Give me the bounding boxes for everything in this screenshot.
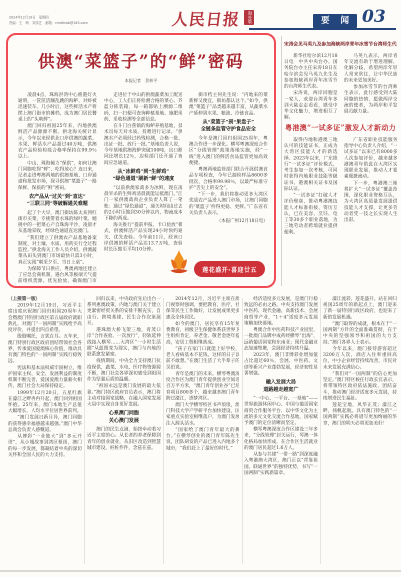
page-number: 03 (362, 7, 386, 27)
editor-line: 责编：王 萌 刘乐艺 邮箱：rmrbhwb@163.com (9, 20, 134, 25)
paragraph: 宋涛说，两岸同胞是一家人，欢迎台湾青年多到大陆走走看看，感受中华文化魅力，增进相… (284, 90, 338, 120)
paragraph: 2023年，澳门非博彩业增加值占比超过60％，会展、中医药、文创等新兴产业蓬勃发… (244, 352, 318, 376)
right-article-2-title: 粤港澳“一试多证”激发人才新动力 (284, 123, 397, 133)
paragraph: 粤澳合作中医药科技产业园里，一批澳门品牌中成药经横琴“出海”，远销葡语国家和东南… (244, 327, 318, 351)
paragraph: 青年是澳门的未来。横琴粤澳深度合作区为澳门青年提供创业空间近百万平方米，“澳门青… (166, 371, 240, 402)
right-article-2-column-1: 取得内地和港澳三地认可的技能证书，正成为大湾区技能人才的新选择。2023年以来，… (284, 137, 338, 288)
paragraph: 2019年12月19日，习近平主席出席庆祝澳门回归祖国20周年大会暨澳门特别行政… (8, 303, 82, 334)
paragraph: 回归以来，中央政府先后出台一系列惠澳政策，内地与澳门关于建立更紧密经贸关系的安排… (87, 296, 161, 327)
paragraph: 广东省职业技能服务指导中心负责人介绍，“一试多证”以来已有8000多人次参加评价… (344, 137, 398, 180)
masthead: 人民日报海外版 (158, 7, 268, 30)
paragraph: 濠江流彩，莲花盛开。站在回归祖国25周年的新起点上，澳门迎来了新一届特别行政区政… (323, 296, 397, 320)
paragraph: 经济适度多元发展，是澳门行稳致远的必由之路。中央支持澳门发展中医药、现代金融、高… (244, 296, 318, 327)
paragraph: 宪法和基本法权威牢固树立，维护国家主权、安全、发展利益的制度机制不断完善，爱国爱… (8, 365, 82, 389)
right-article-1-column-2: 马英九表示，两岸青年交流有助于增进理解、化解分歧，希望两岸年轻人常来常往，让中华… (344, 53, 398, 120)
newspaper-page: 2024年12月19日 星期四 责编：王 萌 刘乐艺 邮箱：rmrbhwb@16… (0, 0, 401, 577)
page-date-editor-block: 2024年12月19日 星期四 责编：王 萌 刘乐艺 邮箱：rmrbhwb@16… (9, 15, 134, 30)
paragraph: 今年是澳门回归祖国25周年，粤澳合作进一步深化。横琴粤澳深度合作区“分线管理”政… (189, 135, 268, 166)
paragraph: 粤澳两地监管部门联合开展供澳食品专项检查，今年已抽检样品8600多批次，合格率9… (189, 167, 268, 191)
paragraph: 中山、珠海倾力“保供”，如何让澳门同胞吃得“鲜”、吃得放心？连日来，记者走进粤澳… (18, 160, 97, 191)
bottom-column-rule (84, 298, 85, 564)
bottom-column-rule (320, 298, 321, 564)
bottom-column-rule (242, 298, 243, 564)
paragraph: 凌晨4点，珠海洪湾中心渔港灯火通明，一筐筐活蹦乱跳的海鲈、对虾被迅速装车。几小时… (18, 92, 97, 123)
paragraph: 起了个大早，澳门街坊陈太来到红街市买菜，专挑带着水珠的绿叶菜。她挑中的一把菜心产… (18, 210, 97, 234)
bottom-column-4: 经济适度多元发展，是澳门行稳致远的必由之路。中央支持澳门发展中医药、现代金融、高… (244, 296, 318, 566)
paragraph: 澳门的民生点滴，始终牵动着习近平主席的心。从长者的养老保障到青年的创业就业，从旧… (87, 427, 161, 451)
paragraph: 为保障节日供应，粤澳两地还建立了应急会商机制，遇台风等极端天气提前组织货源、优先… (18, 266, 97, 284)
paragraph: 横琴粤澳深度合作区建设三年多来，“分线管理”封关运行，琴澳一体化格局加快形成，在… (244, 427, 318, 451)
column-subhead: 融入发展大局道路越走越宽广 (244, 379, 318, 394)
anniversary-badge-label: 莲花盛开·喜迎廿五 (194, 261, 265, 277)
paragraph: “澳门取得的成就，根本在于“一国两制”方针的全面准确贯彻，在于中央的坚强领导和祖… (323, 321, 397, 345)
right-article-1-title-wrap: 宋涛会见马英九及参加海峡两岸青年冰雪节台湾师生代表 (284, 40, 397, 48)
paragraph: “祖国永远是澳门发展的最大依靠。”澳门特区政府官员表示，澳门将主动对接国家战略，… (87, 383, 161, 407)
paragraph: “下一步，我们将推动更多大湾区优质农产品进入澳门市场，让澳门同胞的‘菜篮子’拎得… (189, 192, 268, 216)
paragraph: 殷殷嘱托，言犹在耳。五年来，澳门特别行政区政府团结带领社会各界，传承爱国爱澳核心… (8, 334, 82, 365)
bottom-column-1: （上接第一版）2019年12月19日，习近平主席出席庆祝澳门回归祖国20周年大会… (8, 296, 82, 566)
bottom-column-rule (163, 298, 164, 564)
paragraph: 澳门大学横琴校区书声琅琅，澳门科技大学产学研平台加快建设，国家重点实验室相继落户… (166, 402, 240, 426)
edition-badge: 海外版 (244, 10, 254, 25)
header-rule (249, 28, 396, 30)
main-article-column-3: 街市档主何先生说：“内地来的菜新鲜又便宜，街坊都认这个。”如今，供澳“菜篮子”品… (189, 92, 268, 258)
column-subhead: 心系澳门同胞关心澳门发展 (87, 410, 161, 425)
paragraph: “我们建立了供澳农产品基地备案制度，对土壤、水质、用药实行全过程监控。”拱北海关… (18, 235, 97, 266)
paragraph: 1999年12月20日，五星红旗在濠江之畔冉冉升起，澳门回到祖国怀抱。25年来，… (8, 390, 82, 414)
paragraph: 下一步，粤港澳三地将扩大“一试多证”覆盖范围，深化职业资格互认，为大湾区高质量发… (344, 180, 398, 223)
main-article-column-1: 凌晨4点，珠海洪湾中心渔港灯火通明，一筐筐活蹦乱跳的海鲈、对虾被迅速装车。几小时… (18, 92, 97, 284)
main-article-byline: 本报记者 贺林平 (8, 78, 274, 87)
paragraph: 如今的澳门，居民享有15年免费教育，初级卫生保健体系获世界卫生组织肯定，养老金、… (166, 321, 240, 345)
bottom-article-columns: （上接第一版）2019年12月19日，习近平主席出席庆祝澳门回归祖国20周年大会… (8, 296, 397, 566)
paragraph: 街市档主何先生说：“内地来的菜新鲜又便宜，街坊都认这个。”如今，供澳“菜篮子”品… (189, 92, 268, 116)
page-bottom-rule (0, 570, 401, 572)
continued-from-page-one: （上接第一版） (8, 296, 82, 302)
paragraph: “国家给了澳门青年最大的舞台。”在横琴创业的澳门青年陈先生说，团队研发的产品已进… (166, 427, 240, 451)
bottom-column-2: 回归以来，中央政府先后出台一系列惠澳政策，内地与澳门关于建立更紧密经贸关系的安排… (87, 296, 161, 566)
right-article-1-column-1: 新华社哈尔滨12月18日电 中共中央台办、国务院台办主任宋涛18日在哈尔滨会见马… (284, 53, 338, 120)
paragraph: 疫情期间，中央全力支持澳门抗疫保供，蔬菜、水电、医疗物资源源不断，澳门社会各界深… (87, 358, 161, 382)
right-article-2-column-2: 广东省职业技能服务指导中心负责人介绍，“一试多证”以来已有8000多人次参加评价… (344, 137, 398, 288)
column-subhead: 从“冰鲜鸡”到“生鲜鸡”“绿色通道”刷新“鲜”的速度 (104, 168, 183, 183)
paragraph: 参加冰雪节的台湾师生表示，此行感受到大陆同胞的热情，愿做两岸交流的使者，为两岸和… (344, 84, 398, 115)
paragraph: 澳门回归祖国25年来，内地供澳鲜活产品源源不断。拱北海关统计显示，今年以来经拱北… (18, 123, 97, 160)
right-article-2-columns: 取得内地和港澳三地认可的技能证书，正成为大湾区技能人才的新选择。2023年以来，… (284, 137, 397, 288)
paragraph: 港珠澳大桥飞架三地，青茂口岸“合作查验、一次放行”，轻轨延伸线接入横琴……大湾区… (87, 327, 161, 358)
column-divider (281, 36, 282, 286)
column-subhead: 农产品从“过关”到“直达”“三联三同”等破解通关难题 (18, 193, 97, 208)
column-subhead: 从“菜篮子”到“果盘子”全链条监管守护食品安全 (189, 119, 268, 134)
main-article-box: 供澳“菜篮子”的“鲜”密码 本报记者 贺林平 凌晨4点，珠海洪湾中心渔港灯火通明… (6, 33, 276, 288)
lotus-icon (168, 249, 190, 280)
paragraph: 新华社哈尔滨12月18日电 中共中央台办、国务院台办主任宋涛18日在哈尔滨会见马… (284, 53, 338, 90)
masthead-logo: 人民日报 (171, 7, 242, 30)
paragraph: 今年以来，澳门接待游客超过3200万人次，酒店入住率重回高位，中小企业经营持续改… (323, 346, 397, 370)
paragraph: 取得内地和港澳三地认可的技能证书，正成为大湾区技能人才的新选择。2023年以来，… (284, 137, 338, 192)
section-label: 要 闻 (313, 14, 357, 28)
paragraph: 从参与共建“一带一路”到深度融入粤港澳大湾区，澳门正以“背靠祖国、联通世界”的独… (244, 452, 318, 476)
right-article-1-columns: 新华社哈尔滨12月18日电 中共中央台办、国务院台办主任宋涛18日在哈尔滨会见马… (284, 53, 397, 120)
anniversary-badge: 莲花盛开·喜迎廿五 (168, 249, 265, 280)
bottom-column-5: 濠江流彩，莲花盛开。站在回归祖国25周年的新起点上，澳门迎来了新一届特别行政区政… (323, 296, 397, 566)
paragraph: 莲花宝地，风华正茂；濠江之畔，扬帆起航。具有澳门特色的“一国两制”实践必将谱写更… (323, 402, 397, 426)
paragraph: 从博彩“一业独大”到“多元并进”，从小城故事到湾区枢纽，澳门的每一步发展，都凝结… (8, 434, 82, 458)
paragraph: 2014年12月，习近平主席在澳门视察时强调，要把教育、医疗、社保等民生工作做好… (166, 296, 240, 320)
paragraph: “孩子在家门口就能上好学校，老人看病基本不花钱，这样的日子以前不敢想。”在澳门生… (166, 346, 240, 370)
dateline: （本报广州12月18日电） (189, 217, 268, 224)
paragraph: 走进位于中山的供澳蔬菜加工配送中心，工人们正将检测合格的菜心、芥蓝分拣装箱，每一… (104, 92, 183, 123)
paragraph: “以前供澳家禽多为冰鲜，现在凌晨宰杀的生鲜鸡清晨就能运抵澳门。”江门一家供澳禽肉… (104, 185, 183, 222)
paragraph: 在斗门白蕉镇的海鲈养殖基地，技术员每天对水质、投喂进行记录。“供澳水产必须经过药… (104, 123, 183, 166)
paragraph: “我们对“一国两制”的信心更加坚定。”澳门特区候任行政长官表示，将带领特区政府依… (323, 371, 397, 402)
paragraph: 马英九表示，两岸青年交流有助于增进理解、化解分歧，希望两岸年轻人常来常往，让中华… (344, 53, 398, 84)
main-article-title: 供澳“菜篮子”的“鲜”密码 (8, 48, 274, 72)
paragraph: “一试多证”打破人才评价壁垒，推动粤港澳技能人才标准衔接、资历互认，已在美容、烹… (284, 193, 338, 236)
paragraph: “一中心、一平台、一基地”——世界旅游休闲中心、中国与葡语国家商贸合作服务平台、… (244, 396, 318, 427)
right-article-1-title: 宋涛会见马英九及参加海峡两岸青年冰雪节台湾师生代表 (284, 40, 397, 47)
bottom-column-3: 2014年12月，习近平主席在澳门视察时强调，要把教育、医疗、社保等民生工作做好… (166, 296, 240, 566)
paragraph: “澳门发展日新月异，澳门同胞的获得感幸福感越来越强。”澳门中华总商会负责人感慨道… (8, 415, 82, 433)
